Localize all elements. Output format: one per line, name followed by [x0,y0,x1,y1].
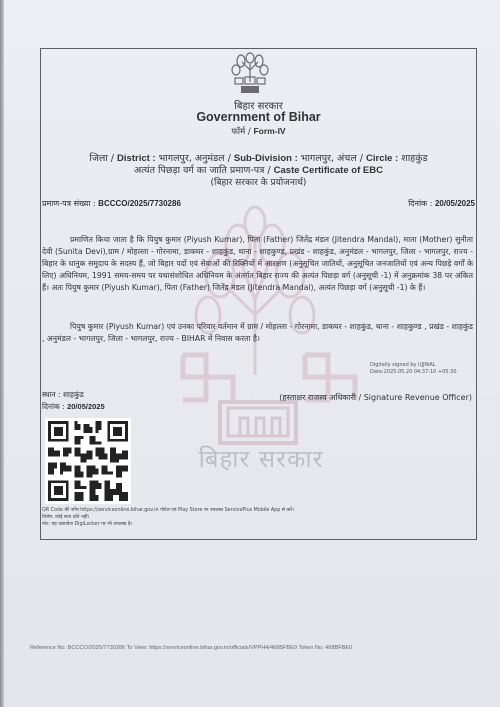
residence-text: पियुष कुमार (Piyush Kumar) एवं उनका परिव… [42,322,473,343]
govt-title-english: Government of Bihar [40,110,477,124]
certificate-page: बिहार सरकार बिहार सरकार Government of Bi… [0,0,500,707]
form-label-hindi: फॉर्म / [231,127,250,137]
certificate-number-label: प्रमाण-पत्र संख्या : [42,199,96,208]
residence-paragraph: पियुष कुमार (Piyush Kumar) एवं उनका परिव… [42,321,473,345]
form-label-english: Form-IV [253,126,285,136]
digital-signature-date: Date:2025.05.20 04:37:10 +05:30 [370,369,457,376]
place-date: दिनांक : 20/05/2025 [42,402,105,412]
place-date-label: दिनांक : [42,402,65,411]
issue-date: दिनांक : 20/05/2025 [408,198,475,209]
binder-edge [0,0,4,707]
qr-special-note: विशेष: कोई सत्य प्रति नहीं। [42,514,472,521]
place: स्थान : शाहकुंड [42,390,84,400]
certificate-number: प्रमाण-पत्र संख्या : BCCCO/2025/7730286 [42,198,181,209]
issue-date-value: 20/05/2025 [435,199,475,208]
certificate-number-value: BCCCO/2025/7730286 [98,199,181,208]
place-date-value: 20/05/2025 [67,402,105,411]
form-label: फॉर्म / Form-IV [40,126,477,137]
certification-text: प्रमाणित किया जाता है कि पियुष कुमार (Pi… [42,235,473,292]
certificate-purpose: (बिहार सरकार के प्रयोजनार्थ) [40,175,477,188]
digilocker-note: नोट: यह दस्तावेज DigiLocker पर भी उपलब्ध… [42,521,472,528]
signature-label: (हस्ताक्षर राजस्व अधिकारी / Signature Re… [279,392,472,403]
qr-verification-note: QR Code की जाँच https://serviceonline.bi… [42,507,472,514]
certification-paragraph: प्रमाणित किया जाता है कि पियुष कुमार (Pi… [42,234,473,294]
issue-date-label: दिनांक : [408,199,432,208]
qr-code[interactable] [45,418,131,504]
reference-footer: Reference No: BCCCO/2025/7730286 To View… [30,645,352,651]
digital-signature: Digitally signed by UJJWAL Date:2025.05.… [370,362,457,375]
